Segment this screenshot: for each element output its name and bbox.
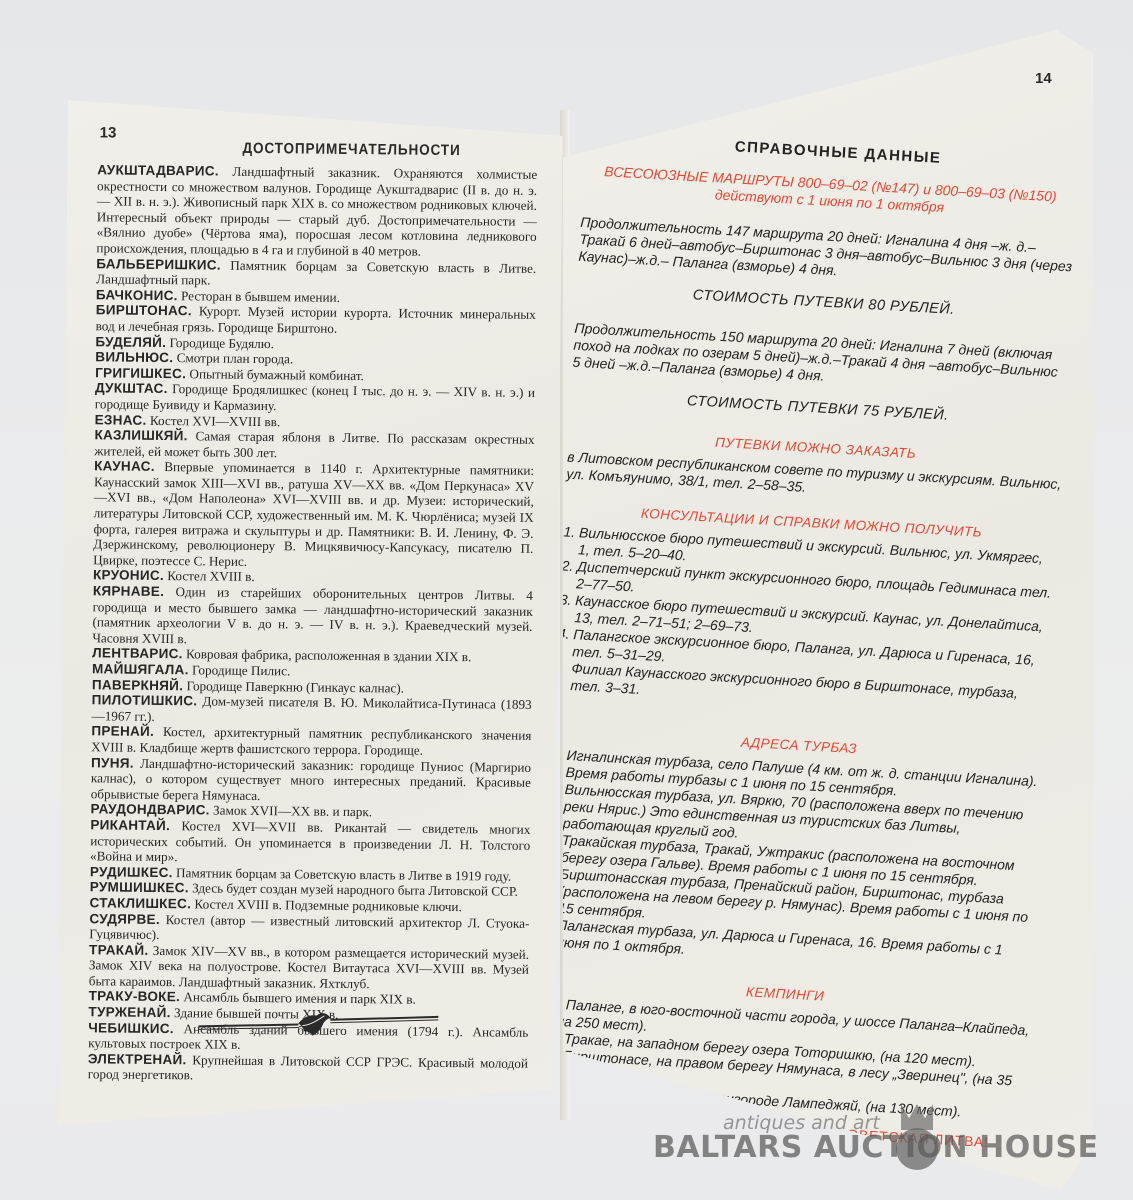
sight-name: РАУДОНДВАРИС. xyxy=(90,802,209,818)
sight-description: Городище Пилис. xyxy=(189,662,291,678)
sight-name: СУДЯРВЕ. xyxy=(89,911,160,927)
sight-name: ПУНЯ. xyxy=(91,755,134,770)
sight-name: ЛЕНТВАРИС. xyxy=(92,646,183,662)
sight-description: Замок XVII—XX вв. и парк. xyxy=(210,803,373,820)
sight-name: ДУКШТАС. xyxy=(95,381,168,397)
sight-name: РИКАНТАЙ. xyxy=(90,817,170,833)
sight-name: БИРШТОНАС. xyxy=(96,303,192,319)
sight-entry: РИКАНТАЙ. Костел XVI—XVII вв. Рикантай —… xyxy=(90,817,530,868)
sight-name: КАУНАС. xyxy=(94,459,155,475)
sight-description: Смотри план города. xyxy=(173,350,293,366)
sight-description: Ансамбль бывшего имения и парк XIX в. xyxy=(180,990,416,1007)
sight-entry: ПУНЯ. Ландшафтно-исторический заказник: … xyxy=(91,755,531,806)
sight-description: Костел XVIII в. xyxy=(164,568,255,584)
sight-entry: ЭЛЕКТРЕНАЙ. Крупнейшая в Литовской ССР Г… xyxy=(88,1051,528,1087)
left-page: 13 ДОСТОПРИМЕЧАТЕЛЬНОСТИ АУКШТАДВАРИС. Л… xyxy=(57,100,563,1130)
sight-name: БУДЕЛЯЙ. xyxy=(95,334,166,350)
sight-name: РУДИШКЕС. xyxy=(90,864,173,880)
sight-name: КАЗЛИШКЯЙ. xyxy=(94,427,187,443)
sight-description: Замок XIV—XV вв., в котором размещается … xyxy=(89,943,529,992)
sight-name: ГРИГИШКЕС. xyxy=(95,365,186,381)
sight-entry: КАУНАС. Впервые упоминается в 1140 г. Ар… xyxy=(93,459,534,573)
sight-entry: КЯРНАВЕ. Один из старейших оборонительны… xyxy=(92,583,533,650)
page-number: 13 xyxy=(100,124,117,141)
sights-list: АУКШТАДВАРИС. Ландшафтный заказник. Охра… xyxy=(88,162,538,1087)
sight-name: ПИЛОТИШКИС. xyxy=(92,692,198,708)
sight-name: ЭЛЕКТРЕНАЙ. xyxy=(88,1051,187,1067)
sight-description: Костел, архитектурный памятник республик… xyxy=(91,724,531,757)
camping-list: В Паланге, в юго-восточной части города,… xyxy=(532,995,1032,1124)
sight-entry: БАЛЬБЕРИШКИС. Памятник борцам за Советск… xyxy=(96,256,536,292)
sight-name: РУМШИШКЕС. xyxy=(90,880,189,896)
sight-name: БАЛЬБЕРИШКИС. xyxy=(96,256,221,272)
sight-entry: ПИЛОТИШКИС. Дом-музей писателя В. Ю. Мик… xyxy=(91,692,531,728)
sight-description: Впервые упоминается в 1140 г. Архитектур… xyxy=(93,459,534,569)
sight-name: АУКШТАДВАРИС. xyxy=(97,162,219,178)
sight-description: Ресторан в бывшем имении. xyxy=(178,288,340,305)
leaf-divider-icon xyxy=(198,1006,438,1039)
sight-name: ПАВЕРКНЯЙ. xyxy=(92,677,184,693)
sight-entry: БИРШТОНАС. Курорт. Музей истории курорта… xyxy=(96,303,536,339)
sight-description: Ландшафтно-исторический заказник: городи… xyxy=(91,755,531,803)
watermark-brand: BALTARS AUCTION HOUSE xyxy=(653,1130,1099,1165)
sight-name: ЕЗНАС. xyxy=(95,412,147,428)
sight-name: ТУРЖЕНАЙ. xyxy=(88,1004,170,1020)
sight-entry: АУКШТАДВАРИС. Ландшафтный заказник. Охра… xyxy=(96,162,537,260)
consult-list: Вильнюсское бюро путешествий и экскурсий… xyxy=(556,523,1058,686)
sight-entry: ТРАКАЙ. Замок XIV—XV вв., в котором разм… xyxy=(89,942,529,993)
sight-name: ТРАКАЙ. xyxy=(89,942,149,958)
right-page: 14 СПРАВОЧНЫЕ ДАННЫЕ ВСЕСОЮЗНЫЕ МАРШРУТЫ… xyxy=(563,30,1093,1190)
route-150-text: Продолжительность 150 маршрута 20 дней: … xyxy=(572,320,1069,399)
sight-description: Опытный бумажный комбинат. xyxy=(186,366,364,383)
sight-entry: СУДЯРВЕ. Костел (автор — известный литов… xyxy=(89,911,529,947)
sight-name: КРУОНИС. xyxy=(93,568,164,584)
sight-name: СТАКЛИШКЕС. xyxy=(90,895,192,911)
sight-name: БАЧКОНИС. xyxy=(96,287,178,303)
sight-entry: КАЗЛИШКЯЙ. Самая старая яблоня в Литве. … xyxy=(94,427,534,463)
sight-entry: ПРЕНАЙ. Костел, архитектурный памятник р… xyxy=(91,724,531,760)
sight-description: Ландшафтный заказник. Охраняются холмист… xyxy=(96,164,537,259)
sight-name: ТРАКУ-ВОКЕ. xyxy=(89,989,181,1005)
sight-entry: ДУКШТАС. Городище Бродялишкес (конец I т… xyxy=(95,381,535,417)
sight-name: ПРЕНАЙ. xyxy=(91,724,154,740)
sight-description: Костел XVI—XVIII вв. xyxy=(147,412,281,428)
sight-name: МАЙШЯГАЛА. xyxy=(92,661,189,677)
sight-name: КЯРНАВЕ. xyxy=(93,583,165,599)
sight-name: ВИЛЬНЮС. xyxy=(95,349,173,365)
sight-name: ЧЕБИШКИС. xyxy=(88,1020,174,1036)
tourist-bases-list: Игналинская турбаза, село Палуше (4 км. … xyxy=(540,746,1046,977)
page-title: ДОСТОПРИМЕЧАТЕЛЬНОСТИ xyxy=(242,140,460,159)
sight-description: Городище Будялю. xyxy=(166,335,274,351)
sight-description: Городище Паверкню (Гинкаус калнас). xyxy=(183,678,404,695)
